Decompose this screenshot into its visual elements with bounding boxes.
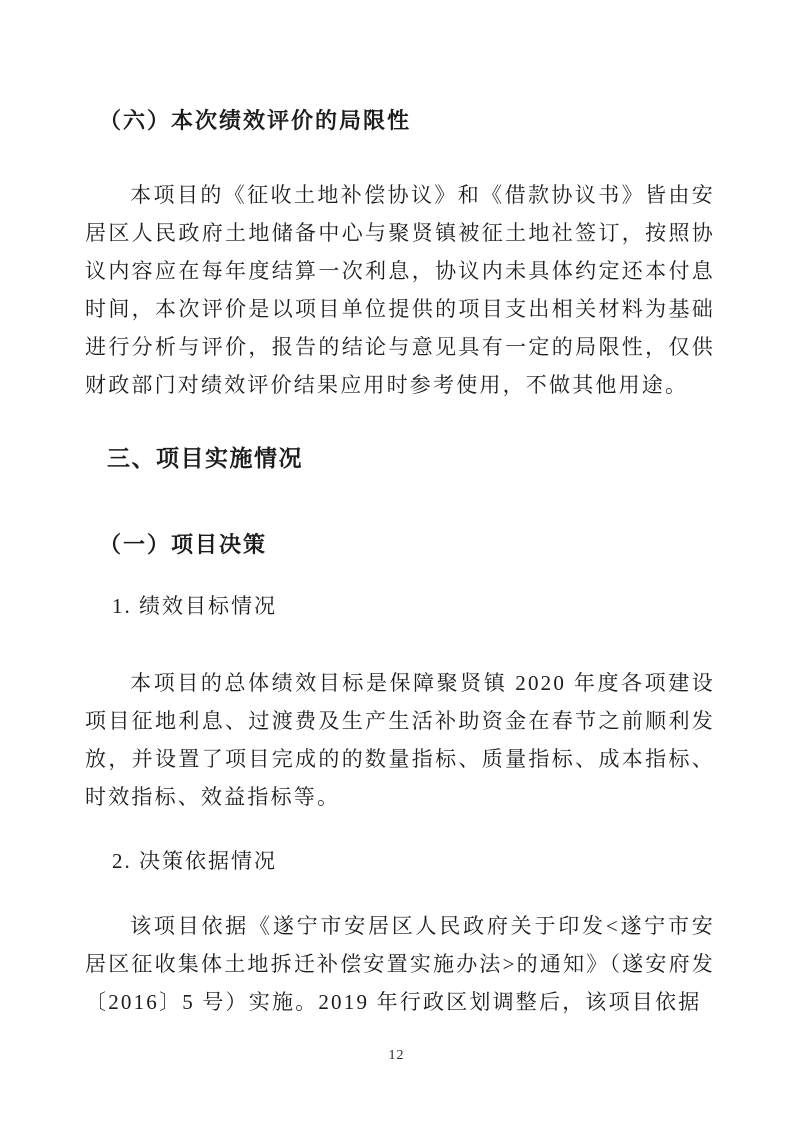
section-heading-decision: （一）项目决策: [99, 529, 715, 560]
document-page: （六）本次绩效评价的局限性 本项目的《征收土地补偿协议》和《借款协议书》皆由安居…: [0, 0, 793, 1122]
paragraph-decision-basis: 该项目依据《遂宁市安居区人民政府关于印发<遂宁市安居区征收集体土地拆迁补偿安置实…: [85, 907, 715, 1021]
section-heading-limitations: （六）本次绩效评价的局限性: [99, 105, 715, 136]
chapter-heading-implementation: 三、项目实施情况: [107, 443, 715, 473]
page-number: 12: [0, 1048, 793, 1064]
numbered-heading-decision-basis: 2. 决策依据情况: [112, 846, 715, 876]
paragraph-limitations: 本项目的《征收土地补偿协议》和《借款协议书》皆由安居区人民政府土地储备中心与聚贤…: [85, 176, 715, 404]
numbered-heading-performance-goal: 1. 绩效目标情况: [112, 591, 715, 621]
paragraph-performance-goal: 本项目的总体绩效目标是保障聚贤镇 2020 年度各项建设项目征地利息、过渡费及生…: [85, 664, 715, 816]
